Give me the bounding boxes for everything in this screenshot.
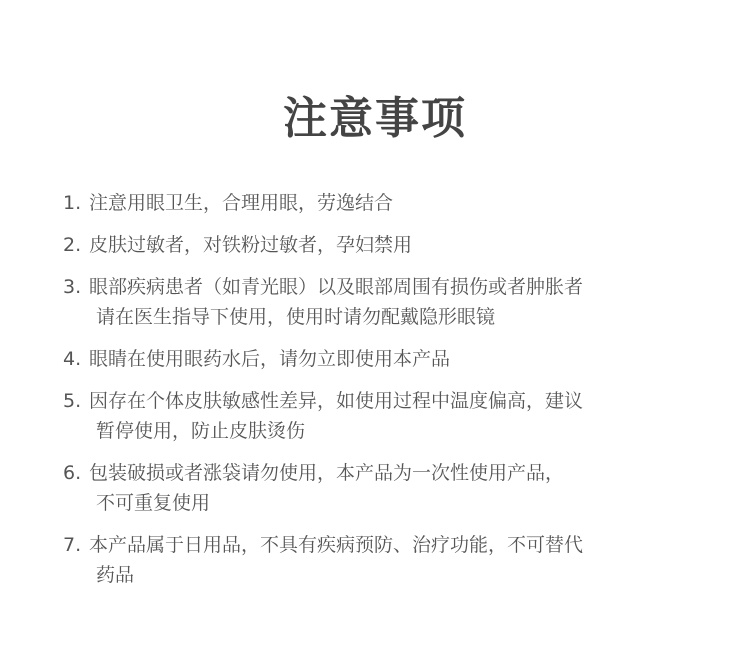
note-item-1: 1.注意用眼卫生，合理用眼，劳逸结合: [63, 188, 703, 218]
note-item-3: 3.眼部疾病患者（如青光眼）以及眼部周围有损伤或者肿胀者 请在医生指导下使用，使…: [63, 272, 703, 332]
note-text-continued: 药品: [63, 560, 703, 590]
note-item-4: 4.眼睛在使用眼药水后，请勿立即使用本产品: [63, 344, 703, 374]
notes-list: 1.注意用眼卫生，合理用眼，劳逸结合 2.皮肤过敏者，对铁粉过敏者，孕妇禁用 3…: [63, 188, 703, 602]
note-text: 眼睛在使用眼药水后，请勿立即使用本产品: [89, 348, 450, 370]
note-number: 7.: [63, 530, 89, 560]
note-text: 皮肤过敏者，对铁粉过敏者，孕妇禁用: [89, 234, 412, 256]
note-text: 眼部疾病患者（如青光眼）以及眼部周围有损伤或者肿胀者: [89, 276, 583, 298]
note-text: 注意用眼卫生，合理用眼，劳逸结合: [89, 192, 393, 214]
note-text: 因存在个体皮肤敏感性差异，如使用过程中温度偏高，建议: [89, 390, 583, 412]
note-text-continued: 请在医生指导下使用，使用时请勿配戴隐形眼镜: [63, 302, 703, 332]
note-item-2: 2.皮肤过敏者，对铁粉过敏者，孕妇禁用: [63, 230, 703, 260]
page-title: 注意事项: [0, 89, 750, 149]
note-text-continued: 不可重复使用: [63, 488, 703, 518]
note-number: 2.: [63, 230, 89, 260]
note-text: 本产品属于日用品，不具有疾病预防、治疗功能，不可替代: [89, 534, 583, 556]
note-number: 6.: [63, 458, 89, 488]
note-number: 3.: [63, 272, 89, 302]
note-item-5: 5.因存在个体皮肤敏感性差异，如使用过程中温度偏高，建议 暂停使用，防止皮肤烫伤: [63, 386, 703, 446]
note-text-continued: 暂停使用，防止皮肤烫伤: [63, 416, 703, 446]
note-text: 包装破损或者涨袋请勿使用，本产品为一次性使用产品，: [89, 462, 564, 484]
note-number: 1.: [63, 188, 89, 218]
note-item-7: 7.本产品属于日用品，不具有疾病预防、治疗功能，不可替代 药品: [63, 530, 703, 590]
note-item-6: 6.包装破损或者涨袋请勿使用，本产品为一次性使用产品， 不可重复使用: [63, 458, 703, 518]
note-number: 5.: [63, 386, 89, 416]
note-number: 4.: [63, 344, 89, 374]
